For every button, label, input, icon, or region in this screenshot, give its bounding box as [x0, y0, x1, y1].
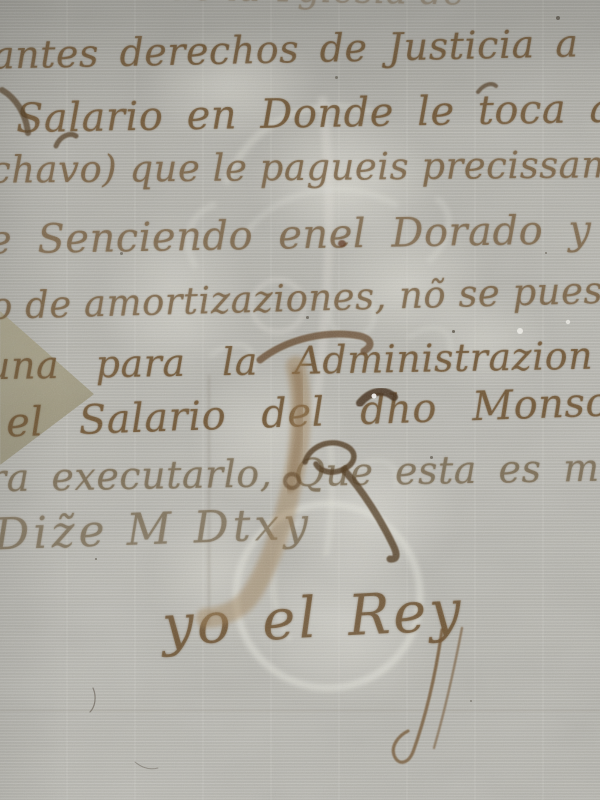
manuscript-photo: de la Yglesia de antes derechos de Justi…	[0, 0, 600, 800]
paper-grain-texture	[0, 0, 600, 800]
grain-mottle	[0, 0, 600, 800]
